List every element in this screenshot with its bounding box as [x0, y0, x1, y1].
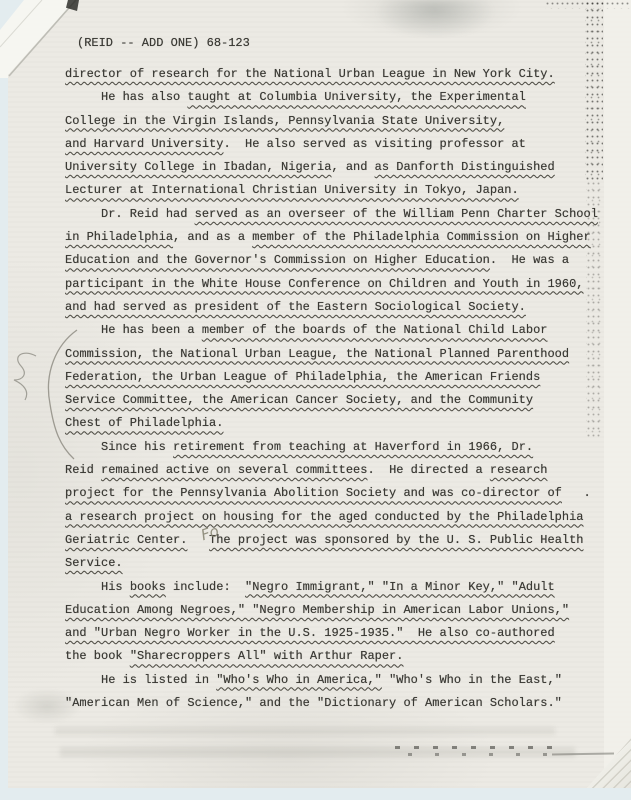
- underlined-text: The project was sponsored by the U. S. P…: [209, 533, 583, 547]
- edge-speckle-noise: [545, 0, 631, 9]
- underlined-text: Service.: [65, 556, 123, 570]
- plain-text: the book: [65, 649, 130, 663]
- text-line: Commission, the National Urban League, t…: [65, 343, 625, 366]
- plain-text: He has also: [65, 90, 187, 104]
- underlined-text: College in the Virgin Islands, Pennsylva…: [65, 114, 504, 128]
- plain-text: Reid: [65, 463, 101, 477]
- text-line: Education and the Governor's Commission …: [65, 249, 625, 272]
- text-line: Lecturer at International Christian Univ…: [65, 179, 625, 202]
- underlined-text: member of the boards of the National Chi…: [202, 323, 548, 337]
- underlined-text: Commission, the National Urban League, t…: [65, 347, 569, 361]
- underlined-text: Service Committee, the American Cancer S…: [65, 393, 533, 407]
- scanned-document-page: { "header": "(REID -- ADD ONE) 68-123", …: [0, 0, 631, 800]
- plain-text: Since his: [65, 440, 173, 454]
- underlined-text: retirement from teaching at Haverford in…: [173, 440, 533, 454]
- page-header: (REID -- ADD ONE) 68-123: [77, 36, 250, 50]
- underlined-text: "Negro Immigrant," "In a Minor Key," "Ad…: [245, 580, 555, 594]
- plain-text: Dr. Reid had: [65, 207, 195, 221]
- plain-text: His: [65, 580, 130, 594]
- underlined-text: and Harvard University: [65, 137, 223, 151]
- underlined-text: member of the Philadelphia Commission on…: [252, 230, 590, 244]
- text-line: director of research for the National Ur…: [65, 63, 625, 86]
- underlined-text: remained active on several committees: [101, 463, 367, 477]
- text-line: Education Among Negroes," "Negro Members…: [65, 599, 625, 622]
- underlined-text: and "Urban Negro Worker in the U.S. 1925…: [65, 626, 555, 640]
- underlined-text: books: [130, 580, 166, 594]
- text-line: and "Urban Negro Worker in the U.S. 1925…: [65, 622, 625, 645]
- underlined-text: participant in the White House Conferenc…: [65, 277, 583, 291]
- underlined-text: Education Among Negroes," "Negro Members…: [65, 603, 569, 617]
- underlined-text: Lecturer at International Christian Univ…: [65, 183, 519, 197]
- underlined-text: Federation, the Urban League of Philadel…: [65, 370, 540, 384]
- plain-text: . He was a: [490, 253, 569, 267]
- text-line: He has also taught at Columbia Universit…: [65, 86, 625, 109]
- plain-text: . He also served as visiting professor a…: [223, 137, 525, 151]
- text-line: Service.: [65, 552, 625, 575]
- text-line: the book "Sharecroppers All" with Arthur…: [65, 645, 625, 668]
- text-line: Reid remained active on several committe…: [65, 459, 625, 482]
- underlined-text: project for the Pennsylvania Abolition S…: [65, 486, 562, 500]
- plain-text: , and: [331, 160, 374, 174]
- text-line: Geriatric Center. The project was sponso…: [65, 529, 625, 552]
- text-line: Dr. Reid had served as an overseer of th…: [65, 203, 625, 226]
- underlined-text: Chest of Philadelphia.: [65, 416, 223, 430]
- underlined-text: director of research for the National Ur…: [65, 67, 555, 81]
- text-line: University College in Ibadan, Nigeria, a…: [65, 156, 625, 179]
- plain-text: .: [562, 486, 591, 500]
- underlined-text: University College in Ibadan, Nigeria: [65, 160, 331, 174]
- text-line: project for the Pennsylvania Abolition S…: [65, 482, 625, 505]
- text-line: He has been a member of the boards of th…: [65, 319, 625, 342]
- text-line: a research project on housing for the ag…: [65, 506, 625, 529]
- faint-type-residue: [395, 744, 555, 757]
- underlined-text: a research project on housing for the ag…: [65, 510, 583, 524]
- plain-text: He has been a: [65, 323, 202, 337]
- underlined-text: served as an overseer of the William Pen…: [195, 207, 598, 221]
- text-line: Federation, the Urban League of Philadel…: [65, 366, 625, 389]
- plain-text: "American Men of Science," and the "Dict…: [65, 696, 562, 710]
- underlined-text: as Danforth Distinguished: [375, 160, 555, 174]
- text-line: Chest of Philadelphia.: [65, 412, 625, 435]
- underlined-text: "Who's Who in America,": [216, 673, 382, 687]
- underlined-text: research: [490, 463, 548, 477]
- underlined-text: in Philadelphia: [65, 230, 173, 244]
- underlined-text: "Sharecroppers All" with Arthur Raper.: [130, 649, 404, 663]
- text-line: and Harvard University. He also served a…: [65, 133, 625, 156]
- underlined-text: and had served as president of the Easte…: [65, 300, 526, 314]
- text-line: He is listed in "Who's Who in America," …: [65, 669, 625, 692]
- plain-text: . He directed a: [367, 463, 489, 477]
- plain-text: , and as a: [173, 230, 252, 244]
- text-line: "American Men of Science," and the "Dict…: [65, 692, 625, 715]
- text-line: Since his retirement from teaching at Ha…: [65, 436, 625, 459]
- text-line: in Philadelphia, and as a member of the …: [65, 226, 625, 249]
- text-line: College in the Virgin Islands, Pennsylva…: [65, 110, 625, 133]
- underlined-text: taught at Columbia University, the Exper…: [187, 90, 525, 104]
- plain-text: "Who's Who in the East,": [382, 673, 562, 687]
- plain-text: He is listed in: [65, 673, 216, 687]
- document-body: director of research for the National Ur…: [65, 63, 625, 715]
- text-line: Service Committee, the American Cancer S…: [65, 389, 625, 412]
- text-line: His books include: "Negro Immigrant," "I…: [65, 576, 625, 599]
- underlined-text: Education and the Governor's Commission …: [65, 253, 490, 267]
- underlined-text: Geriatric Center.: [65, 533, 187, 547]
- text-line: and had served as president of the Easte…: [65, 296, 625, 319]
- text-line: participant in the White House Conferenc…: [65, 273, 625, 296]
- plain-text: include:: [166, 580, 245, 594]
